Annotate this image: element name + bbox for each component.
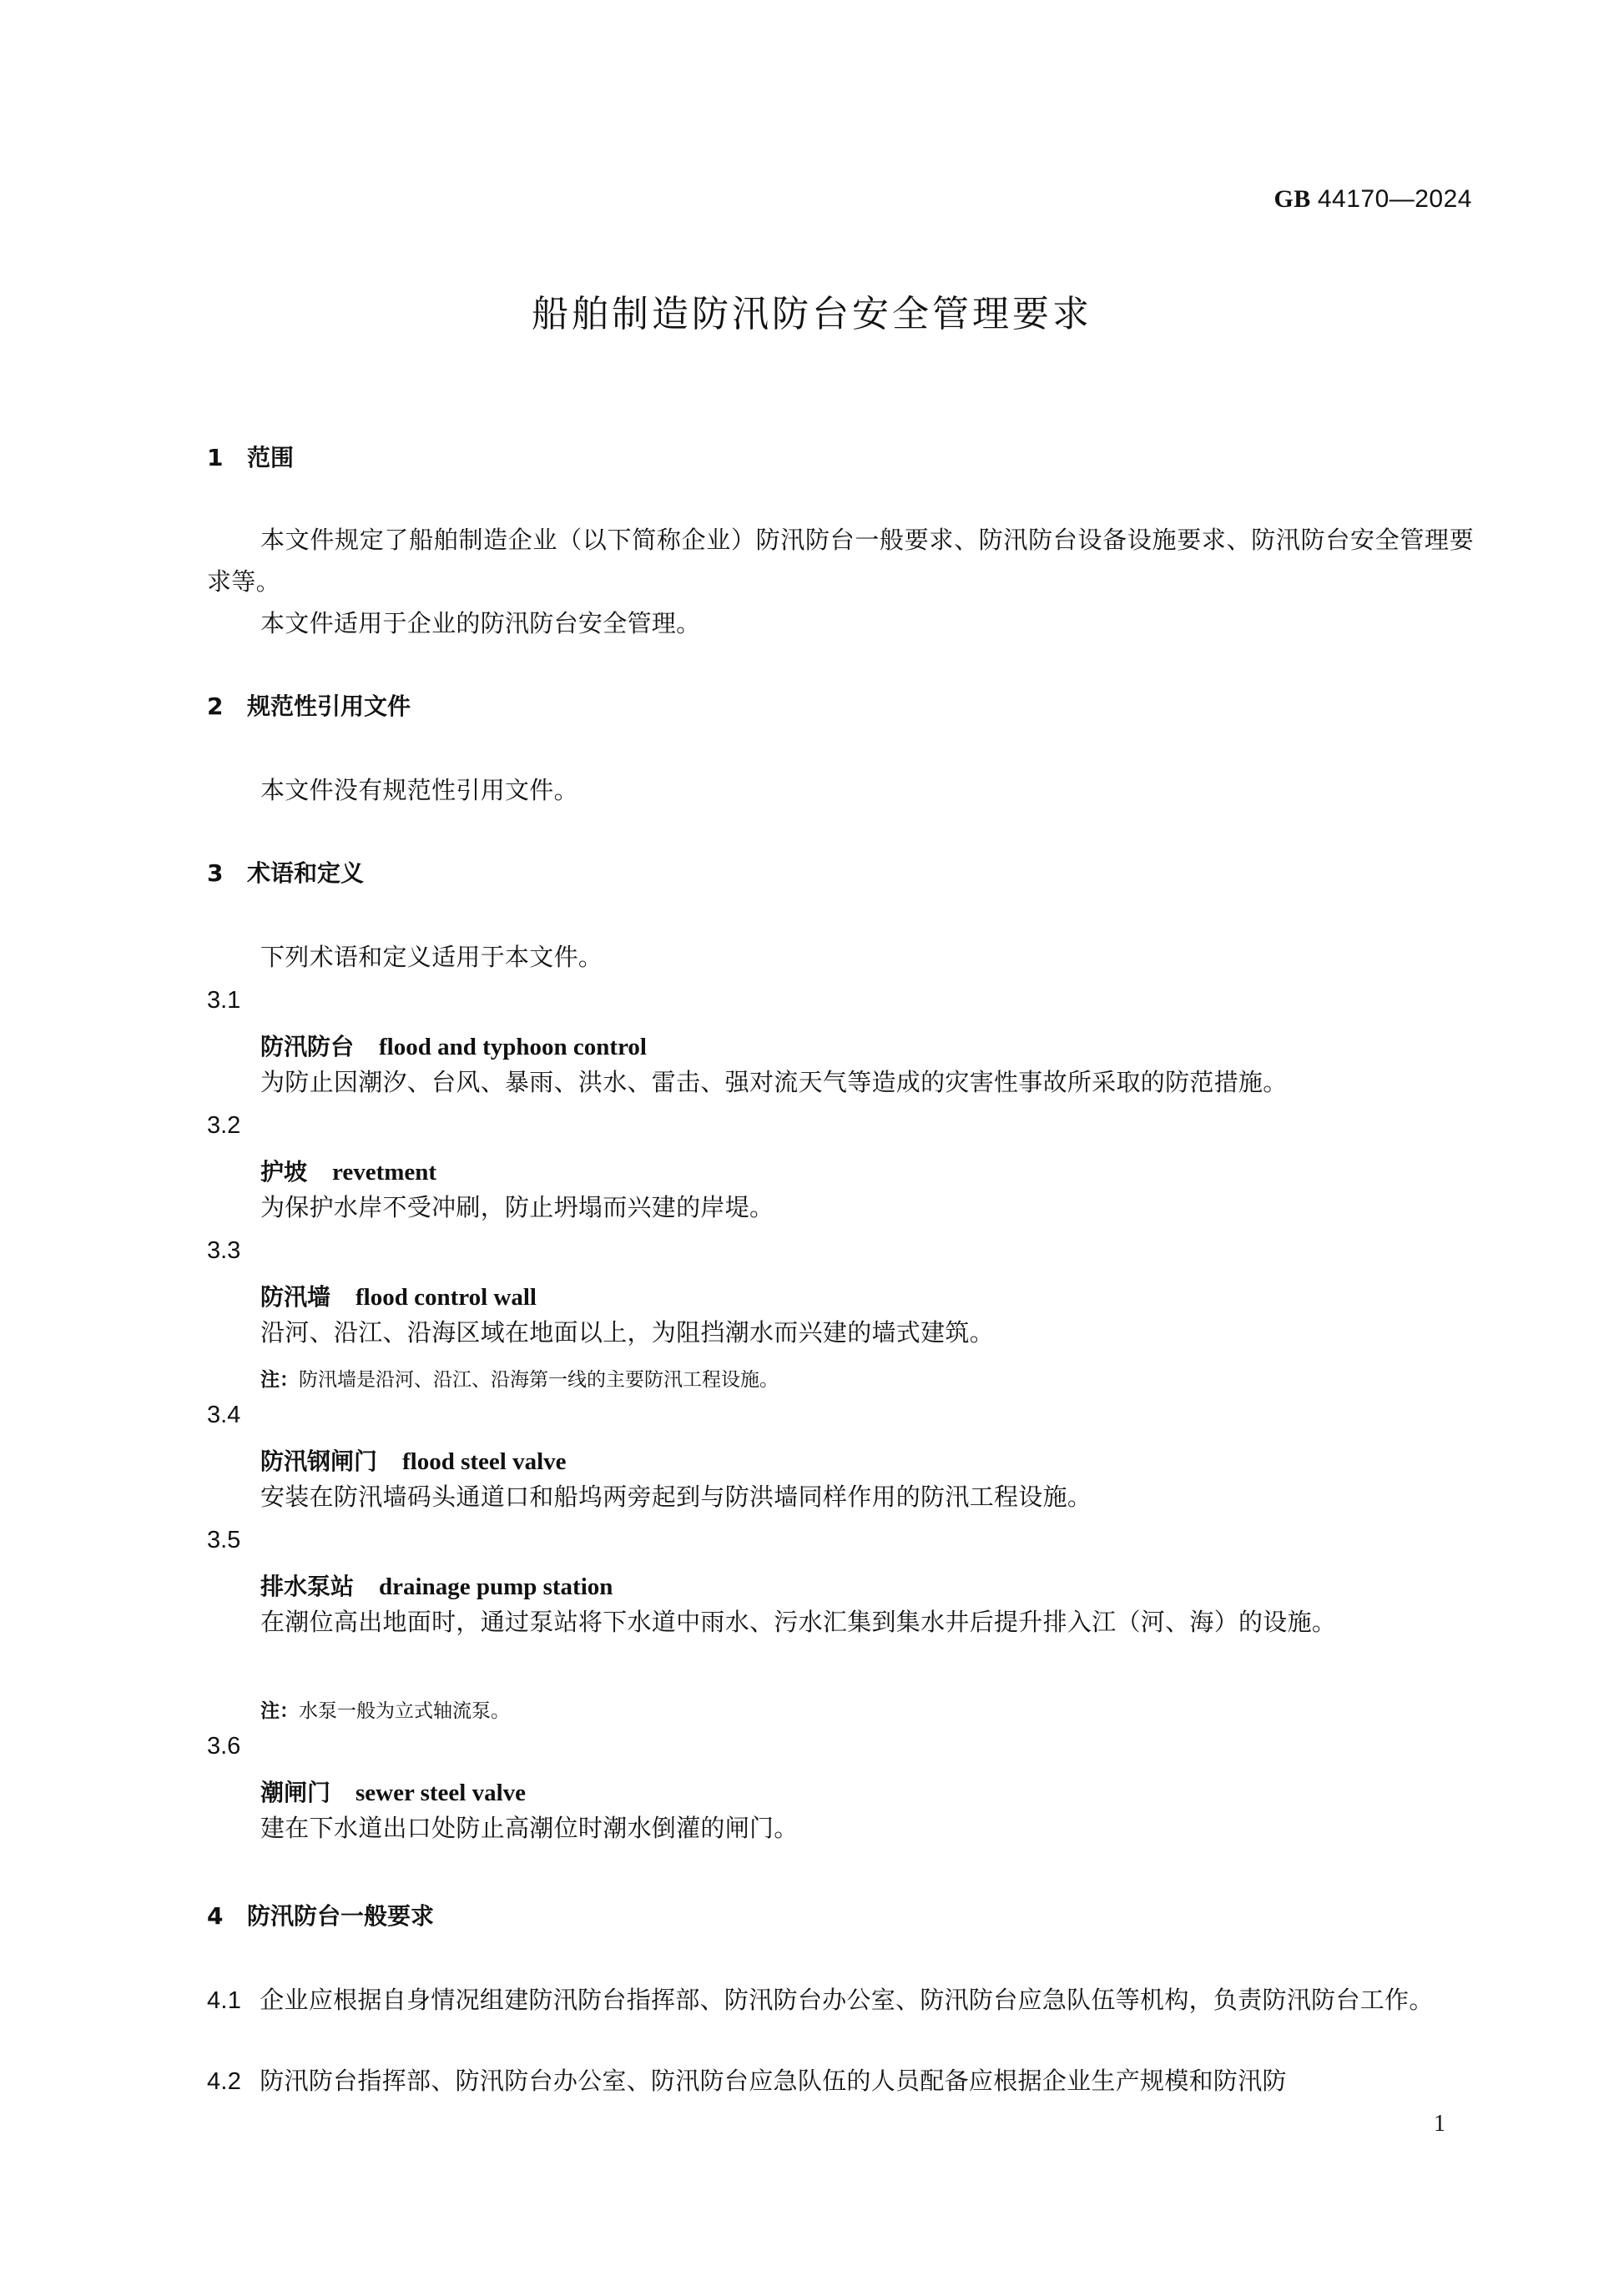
section-number: 4: [207, 1902, 247, 1930]
section-2-heading: 2规范性引用文件: [207, 688, 411, 722]
term-title: 防汛防台flood and typhoon control: [260, 1029, 647, 1062]
section-1-heading: 1范围: [207, 440, 294, 473]
terms-intro: 下列术语和定义适用于本文件。: [260, 936, 603, 978]
standard-code: GB44170—2024: [1273, 185, 1472, 214]
section-number: 1: [207, 444, 247, 471]
term-zh: 护坡: [260, 1158, 307, 1186]
term-title: 防汛钢闸门flood steel valve: [260, 1443, 567, 1477]
term-en: flood and typhoon control: [379, 1034, 647, 1060]
note-text: 防汛墙是沿河、沿江、沿海第一线的主要防汛工程设施。: [299, 1369, 779, 1391]
standard-prefix: GB: [1273, 185, 1310, 213]
term-zh: 防汛墙: [260, 1283, 330, 1311]
term-definition: 为保护水岸不受冲刷，防止坍塌而兴建的岸堤。: [260, 1186, 774, 1228]
term-en: revetment: [332, 1159, 436, 1186]
term-definition: 在潮位高出地面时，通过泵站将下水道中雨水、污水汇集到集水井后提升排入江（河、海）…: [207, 1601, 1474, 1643]
clause-number: 4.1: [207, 1987, 241, 2014]
term-title: 排水泵站drainage pump station: [260, 1568, 613, 1602]
clause-number: 4.2: [207, 2068, 241, 2095]
clause-text: 防汛防台指挥部、防汛防台办公室、防汛防台应急队伍的人员配备应根据企业生产规模和防…: [260, 2067, 1287, 2095]
term-zh: 防汛防台: [260, 1033, 354, 1060]
section-title: 术语和定义: [247, 859, 364, 887]
section-number: 2: [207, 692, 247, 720]
section-title: 范围: [247, 444, 294, 471]
clause: 4.1企业应根据自身情况组建防汛防台指挥部、防汛防台办公室、防汛防台应急队伍等机…: [207, 1979, 1474, 2022]
clause-text: 企业应根据自身情况组建防汛防台指挥部、防汛防台办公室、防汛防台应急队伍等机构，负…: [260, 1986, 1433, 2014]
term-number: 3.3: [207, 1237, 240, 1265]
term-number: 3.4: [207, 1402, 240, 1429]
paragraph: 本文件适用于企业的防汛防台安全管理。: [260, 602, 700, 644]
term-number: 3.6: [207, 1733, 240, 1760]
paragraph: 本文件规定了船舶制造企业（以下简称企业）防汛防台一般要求、防汛防台设备设施要求、…: [207, 519, 1474, 602]
note-label: 注：: [260, 1369, 299, 1391]
term-en: sewer steel valve: [356, 1780, 526, 1806]
term-definition: 为防止因潮汐、台风、暴雨、洪水、雷击、强对流天气等造成的灾害性事故所采取的防范措…: [260, 1061, 1288, 1103]
term-definition: 安装在防汛墙码头通道口和船坞两旁起到与防洪墙同样作用的防汛工程设施。: [260, 1476, 1092, 1518]
document-title: 船舶制造防汛防台安全管理要求: [0, 284, 1624, 337]
section-number: 3: [207, 859, 247, 887]
section-title: 规范性引用文件: [247, 692, 411, 720]
section-3-heading: 3术语和定义: [207, 855, 364, 889]
term-number: 3.1: [207, 987, 240, 1015]
page-number: 1: [1434, 2111, 1445, 2137]
term-en: flood steel valve: [402, 1448, 567, 1475]
term-number: 3.2: [207, 1112, 240, 1140]
term-title: 护坡revetment: [260, 1154, 436, 1187]
note-label: 注：: [260, 1700, 299, 1722]
term-note: 注：防汛墙是沿河、沿江、沿海第一线的主要防汛工程设施。: [260, 1364, 779, 1392]
term-note: 注：水泵一般为立式轴流泵。: [260, 1695, 510, 1723]
term-en: flood control wall: [356, 1284, 537, 1311]
term-definition: 沿河、沿江、沿海区域在地面以上，为阻挡潮水而兴建的墙式建筑。: [260, 1312, 994, 1353]
section-4-heading: 4防汛防台一般要求: [207, 1898, 434, 1931]
term-title: 防汛墙flood control wall: [260, 1279, 537, 1312]
term-number: 3.5: [207, 1527, 240, 1554]
term-zh: 排水泵站: [260, 1573, 354, 1600]
term-zh: 防汛钢闸门: [260, 1448, 377, 1475]
note-text: 水泵一般为立式轴流泵。: [299, 1700, 510, 1722]
paragraph: 本文件没有规范性引用文件。: [260, 769, 578, 811]
term-definition: 建在下水道出口处防止高潮位时潮水倒灌的闸门。: [260, 1807, 799, 1849]
section-title: 防汛防台一般要求: [247, 1902, 434, 1930]
clause: 4.2防汛防台指挥部、防汛防台办公室、防汛防台应急队伍的人员配备应根据企业生产规…: [207, 2060, 1474, 2102]
term-en: drainage pump station: [379, 1573, 613, 1600]
term-title: 潮闸门sewer steel valve: [260, 1775, 526, 1808]
term-zh: 潮闸门: [260, 1779, 330, 1806]
standard-number: 44170—2024: [1318, 185, 1472, 213]
